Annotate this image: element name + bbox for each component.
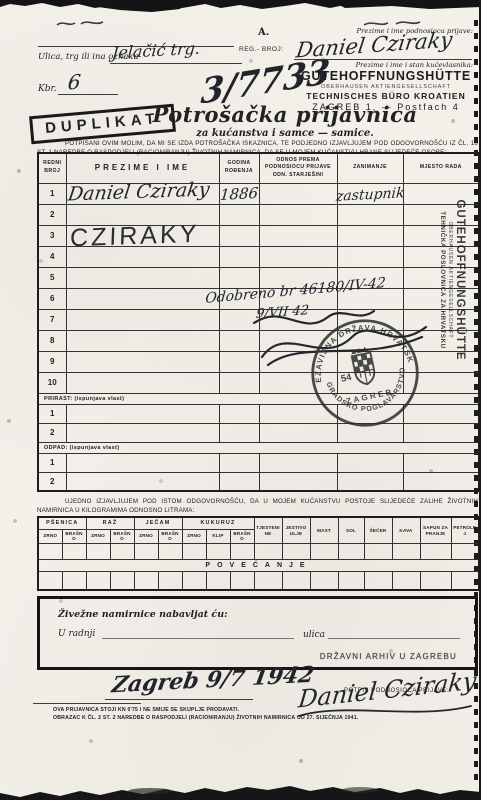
row-number: 5 <box>38 267 66 288</box>
empty-cell <box>66 309 219 330</box>
empty-cell <box>219 225 259 246</box>
empty-cell <box>364 544 392 560</box>
empty-cell <box>219 267 259 288</box>
empty-cell <box>206 572 230 590</box>
empty-cell <box>62 572 86 590</box>
empty-cell <box>66 404 219 423</box>
col-jestivo-ulje: JESTIVO ULJE <box>282 517 310 544</box>
empty-cell <box>259 183 337 204</box>
empty-cell <box>282 572 310 590</box>
header-mjesto-rada: MJESTO RADA <box>403 153 479 183</box>
row-number: 8 <box>38 330 66 351</box>
empty-cell <box>110 544 134 560</box>
footer-left-line <box>33 703 141 704</box>
empty-cell <box>230 572 254 590</box>
empty-cell <box>182 544 206 560</box>
empty-cell <box>338 572 364 590</box>
sub-brasno: BRAŠNO <box>230 529 254 544</box>
scan-artifact-top-edge <box>0 0 481 14</box>
empty-cell <box>182 572 206 590</box>
povecanje-row: POVEĆANJE <box>38 560 479 572</box>
sub-zrno: ZRNO <box>182 529 206 544</box>
surname-block-handwritten: CZIRAKY <box>70 220 200 254</box>
empty-cell <box>134 544 158 560</box>
company-stamp-line1: GUTEHOFFNUNGSHÜTTE <box>300 69 472 83</box>
empty-cell <box>451 544 479 560</box>
col-petrolej: PETROLEJ <box>451 517 479 544</box>
empty-cell <box>66 423 219 442</box>
povecanje-label: POVEĆANJE <box>38 560 479 572</box>
row1-year-handwritten: 1886 <box>219 184 259 204</box>
sub-klip: KLIP <box>206 529 230 544</box>
empty-cell <box>219 246 259 267</box>
table-row: 2 <box>38 472 479 491</box>
empty-cell <box>158 572 182 590</box>
empty-cell <box>66 351 219 372</box>
empty-cell <box>38 572 62 590</box>
vertical-stamp-line2: OBERHAUSEN AKTIENGESELLSCHAFT <box>447 190 453 370</box>
table-row: 2 <box>38 423 479 442</box>
svg-text:54: 54 <box>340 372 353 385</box>
row-number: 7 <box>38 309 66 330</box>
footer-note2: OBRAZAC K ČL. 2 ST. 2 NAREDBE O RASPODJE… <box>53 715 453 721</box>
scanned-form-page: Ulica, trg ili ina oznaka Jelačić trg. K… <box>0 0 481 800</box>
empty-cell <box>392 572 420 590</box>
kbr-underline <box>58 94 118 95</box>
sub-zrno: ZRNO <box>38 529 62 544</box>
group-raz: RAŽ <box>86 517 134 529</box>
empty-cell <box>259 472 337 491</box>
empty-cell <box>66 372 219 393</box>
row-number: 9 <box>38 351 66 372</box>
table-header-row: REDNI BROJ PREZIME I IME GODINA ROĐENJA … <box>38 153 479 183</box>
header-zanimanje: ZANIMANJE <box>337 153 403 183</box>
purchase-heading: Živežne namirnice nabavljat ću: <box>58 609 228 620</box>
empty-cell <box>451 572 479 590</box>
empty-cell <box>158 544 182 560</box>
col-mast: MAST <box>310 517 338 544</box>
kbr-value-handwritten: 6 <box>67 69 82 94</box>
sub-brasno: BRAŠNO <box>62 529 86 544</box>
empty-cell <box>337 472 403 491</box>
empty-cell <box>254 572 282 590</box>
supplies-data-row <box>38 544 479 560</box>
vertical-stamp-line1: GUTEHOFFNUNGSHÜTTE <box>454 190 466 370</box>
purchase-box: Živežne namirnice nabavljat ću: U radnji… <box>37 596 478 670</box>
sub-brasno: BRAŠNO <box>110 529 134 544</box>
empty-cell <box>420 544 451 560</box>
empty-cell <box>310 572 338 590</box>
empty-cell <box>230 544 254 560</box>
odpad-label-row: ODPAD: (ispunjava vlast) <box>38 442 479 453</box>
supplies-intro: UJEDNO IZJAVLJUJEM POD ISTOM ODGOVORNOŠĆ… <box>37 497 478 516</box>
empty-cell <box>206 544 230 560</box>
footer-note1: OVA PRIJAVNICA STOJI KN 0'75 I NE SMIJE … <box>53 707 453 713</box>
shop-underline <box>102 638 294 639</box>
empty-cell <box>219 453 259 472</box>
col-sol: SOL <box>338 517 364 544</box>
empty-cell <box>66 330 219 351</box>
row-number: 10 <box>38 372 66 393</box>
pencil-scribble-top-left <box>55 16 105 30</box>
form-title: Potrošačka prijavnica <box>90 102 480 127</box>
ulica-label: ulica <box>303 630 325 640</box>
empty-cell <box>364 572 392 590</box>
reg-broj-label: REG.- BROJ: <box>239 46 284 53</box>
row-number: 6 <box>38 288 66 309</box>
applicant-underline <box>294 59 472 60</box>
landlord-label: Prezime i ime i stan kućevlasnika: <box>318 61 473 69</box>
date-underline <box>105 699 253 700</box>
empty-cell <box>403 453 479 472</box>
scan-artifact-bottom-edge <box>0 784 481 800</box>
group-jecam: JEČAM <box>134 517 182 529</box>
sub-brasno: BRAŠNO <box>158 529 182 544</box>
empty-cell <box>259 204 337 225</box>
street-value-handwritten: Jelačić trg. <box>111 39 201 63</box>
empty-cell <box>134 572 158 590</box>
supplies-table: PŠENICA RAŽ JEČAM KUKURUZ TJESTENINE JES… <box>37 516 480 591</box>
empty-cell <box>254 544 282 560</box>
table-row: 1 <box>38 453 479 472</box>
empty-cell <box>282 544 310 560</box>
empty-cell <box>259 225 337 246</box>
row-number: 3 <box>38 225 66 246</box>
empty-cell <box>337 453 403 472</box>
col-tjestenine: TJESTENINE <box>254 517 282 544</box>
vertical-company-stamp: GUTEHOFFNUNGSHÜTTE OBERHAUSEN AKTIENGESE… <box>404 190 466 370</box>
empty-cell <box>62 544 86 560</box>
empty-cell <box>66 288 219 309</box>
empty-cell <box>310 544 338 560</box>
col-kava: KAVA <box>392 517 420 544</box>
empty-cell <box>338 544 364 560</box>
section-a-label: A. <box>258 27 269 38</box>
archive-stamp: DRŽAVNI ARHIV U ZAGREBU <box>320 652 457 661</box>
col-secer: ŠEĆER <box>364 517 392 544</box>
group-kukuruz: KUKURUZ <box>182 517 254 529</box>
odpad-label: ODPAD: (ispunjava vlast) <box>38 442 479 453</box>
empty-cell <box>259 453 337 472</box>
sub-zrno: ZRNO <box>86 529 110 544</box>
header-redni-broj: REDNI BROJ <box>38 153 66 183</box>
row-number: 2 <box>38 204 66 225</box>
row-number: 4 <box>38 246 66 267</box>
empty-cell <box>38 544 62 560</box>
header-odnos: ODNOS PREMA PODNOSIOCU PRIJAVE ODN. STAR… <box>259 153 337 183</box>
empty-cell <box>86 572 110 590</box>
scan-noise <box>0 0 2 2</box>
row-number: 2 <box>38 472 66 491</box>
company-stamp-line3: TECHNISCHES BÜRO KROATIEN <box>300 91 472 101</box>
empty-cell <box>110 572 134 590</box>
row-number: 1 <box>38 183 66 204</box>
empty-cell <box>219 472 259 491</box>
empty-cell <box>86 544 110 560</box>
supplies-data-row <box>38 572 479 590</box>
form-subtitle: za kućanstva i samce — samice. <box>90 128 480 139</box>
empty-cell <box>392 544 420 560</box>
group-psenica: PŠENICA <box>38 517 86 529</box>
empty-cell <box>337 246 403 267</box>
sub-zrno: ZRNO <box>134 529 158 544</box>
row-number: 2 <box>38 423 66 442</box>
empty-cell <box>219 204 259 225</box>
header-godina: GODINA ROĐENJA <box>219 153 259 183</box>
company-stamp-line2: OBERHAUSEN AKTIENGESELLSCHAFT <box>300 84 472 90</box>
empty-cell <box>337 204 403 225</box>
row-number: 1 <box>38 404 66 423</box>
row-number: 1 <box>38 453 66 472</box>
empty-cell <box>403 472 479 491</box>
empty-cell <box>219 404 259 423</box>
street-underline <box>110 63 242 64</box>
empty-cell <box>66 472 219 491</box>
vertical-stamp-line3: TEHNIČKA POSLOVNICA ZA HRVATSKU <box>439 190 446 370</box>
supplies-group-header-row: PŠENICA RAŽ JEČAM KUKURUZ TJESTENINE JES… <box>38 517 479 529</box>
ulica-underline <box>328 638 460 639</box>
empty-cell <box>219 372 259 393</box>
empty-cell <box>66 267 219 288</box>
empty-cell <box>219 423 259 442</box>
empty-cell <box>420 572 451 590</box>
empty-cell <box>337 225 403 246</box>
empty-cell <box>259 246 337 267</box>
empty-cell <box>66 453 219 472</box>
col-sapun: SAPUN ZA PRANJE <box>420 517 451 544</box>
shop-label: U radnji <box>58 629 95 639</box>
kbr-label: Kbr. <box>38 84 57 94</box>
empty-cell <box>403 423 479 442</box>
